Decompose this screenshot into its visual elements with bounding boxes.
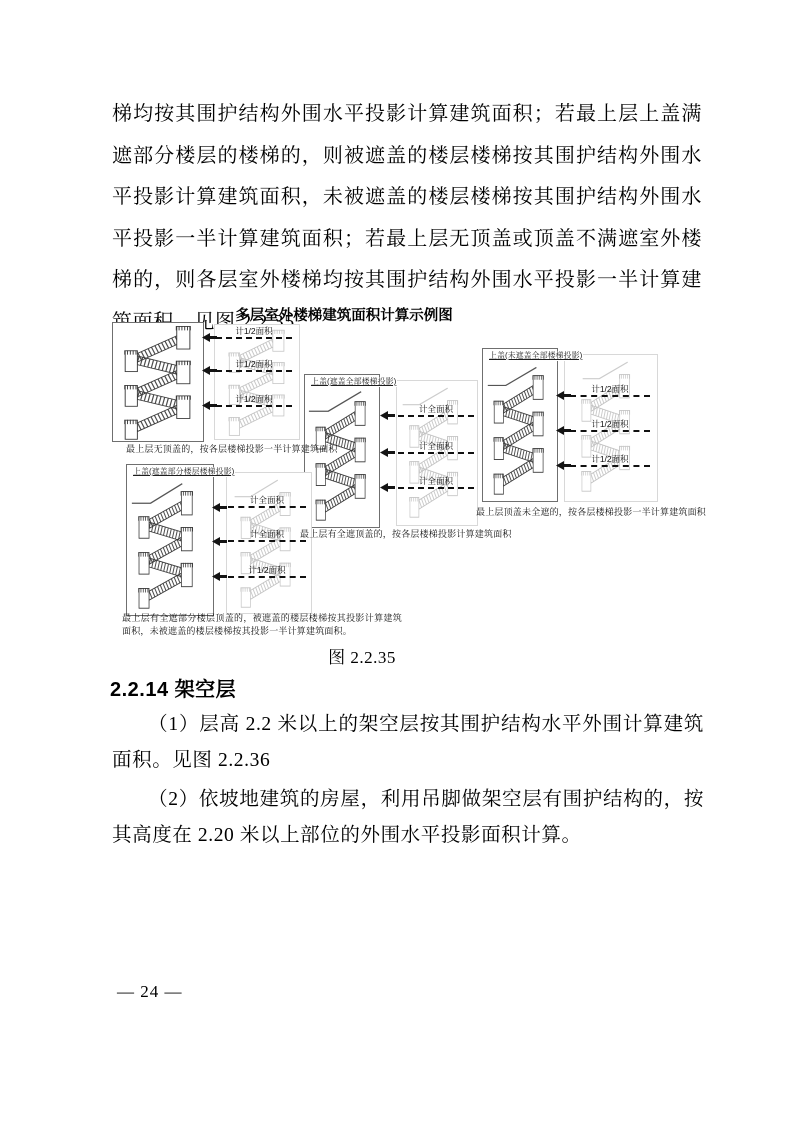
projection-arrow-icon xyxy=(380,448,395,457)
area-label: 计全面积 xyxy=(398,476,474,489)
projection-arrow-icon xyxy=(556,426,571,435)
document-page: 梯均按其围护结构外围水平投影计算建筑面积；若最上层上盖满遮部分楼层的楼梯的，则被… xyxy=(0,0,793,1122)
section-title: 架空层 xyxy=(175,679,237,701)
area-label: 计1/2面积 xyxy=(228,565,306,578)
stairs-drawing xyxy=(485,372,553,496)
projection-arrow-icon xyxy=(212,572,227,581)
area-label: 计1/2面积 xyxy=(570,454,650,467)
plan-projection-roof-partial-floors xyxy=(226,472,312,614)
roof-cover-label: 上盖(遮盖全部楼梯投影) xyxy=(310,377,397,387)
projection-arrow-icon xyxy=(202,401,217,410)
projection-arrow-icon xyxy=(212,537,227,546)
diagram-caption: 最上层有全遮顶盖的，按各层楼梯投影计算建筑面积 xyxy=(300,528,512,541)
stair-elevation-no-roof xyxy=(112,322,204,442)
projection-arrow-icon xyxy=(556,461,571,470)
diagram-caption: 最上层顶盖未全遮的，按各层楼梯投影一半计算建筑面积 xyxy=(476,506,706,519)
stairs-drawing xyxy=(307,398,375,522)
area-label: 计全面积 xyxy=(398,404,474,417)
area-label: 计全面积 xyxy=(398,441,474,454)
projection-arrow-icon xyxy=(202,333,217,342)
stairs-drawing xyxy=(129,488,203,610)
roof-cover-label: 上盖(遮盖部分楼层楼梯投影) xyxy=(132,467,235,477)
area-label: 计全面积 xyxy=(228,529,306,542)
area-label: 计全面积 xyxy=(228,495,306,508)
body-paragraph-2: （2）依坡地建筑的房屋，利用吊脚做架空层有围护结构的，按其高度在 2.20 米以… xyxy=(112,782,704,854)
body-paragraph-1: （1）层高 2.2 米以上的架空层按其围护结构水平外围计算建筑面积。见图 2.2… xyxy=(112,707,704,779)
stairs-drawing xyxy=(113,323,203,441)
projection-arrow-icon xyxy=(212,503,227,512)
plan-projection-no-roof xyxy=(214,324,300,440)
stairs-drawing xyxy=(219,327,295,437)
area-label: 计1/2面积 xyxy=(570,419,650,432)
figure-number: 图 2.2.35 xyxy=(112,643,612,668)
projection-arrow-icon xyxy=(556,391,571,400)
section-heading: 2.2.14 架空层 xyxy=(110,673,236,702)
area-label: 计1/2面积 xyxy=(216,394,292,407)
diagram-caption: 最上层无顶盖的，按各层楼梯投影一半计算建筑面积 xyxy=(126,443,338,456)
area-label: 计1/2面积 xyxy=(216,359,292,372)
area-label: 计1/2面积 xyxy=(570,384,650,397)
projection-arrow-icon xyxy=(380,411,395,420)
section-number: 2.2.14 xyxy=(110,679,169,701)
projection-arrow-icon xyxy=(380,483,395,492)
diagram-caption: 最上层有全遮部分楼层顶盖的，被遮盖的楼层楼梯按其投影计算建筑面积，未被遮盖的楼层… xyxy=(122,612,402,637)
projection-arrow-icon xyxy=(202,366,217,375)
figure-2-2-35: 计1/2面积 计1/2面积 计1/2面积 最上层无顶盖的，按各层楼梯投影一半计算… xyxy=(110,322,710,644)
roof-cover-label: 上盖(未遮盖全部楼梯投影) xyxy=(488,351,583,361)
page-number: — 24 — xyxy=(117,982,183,1002)
area-label: 计1/2面积 xyxy=(216,326,292,339)
